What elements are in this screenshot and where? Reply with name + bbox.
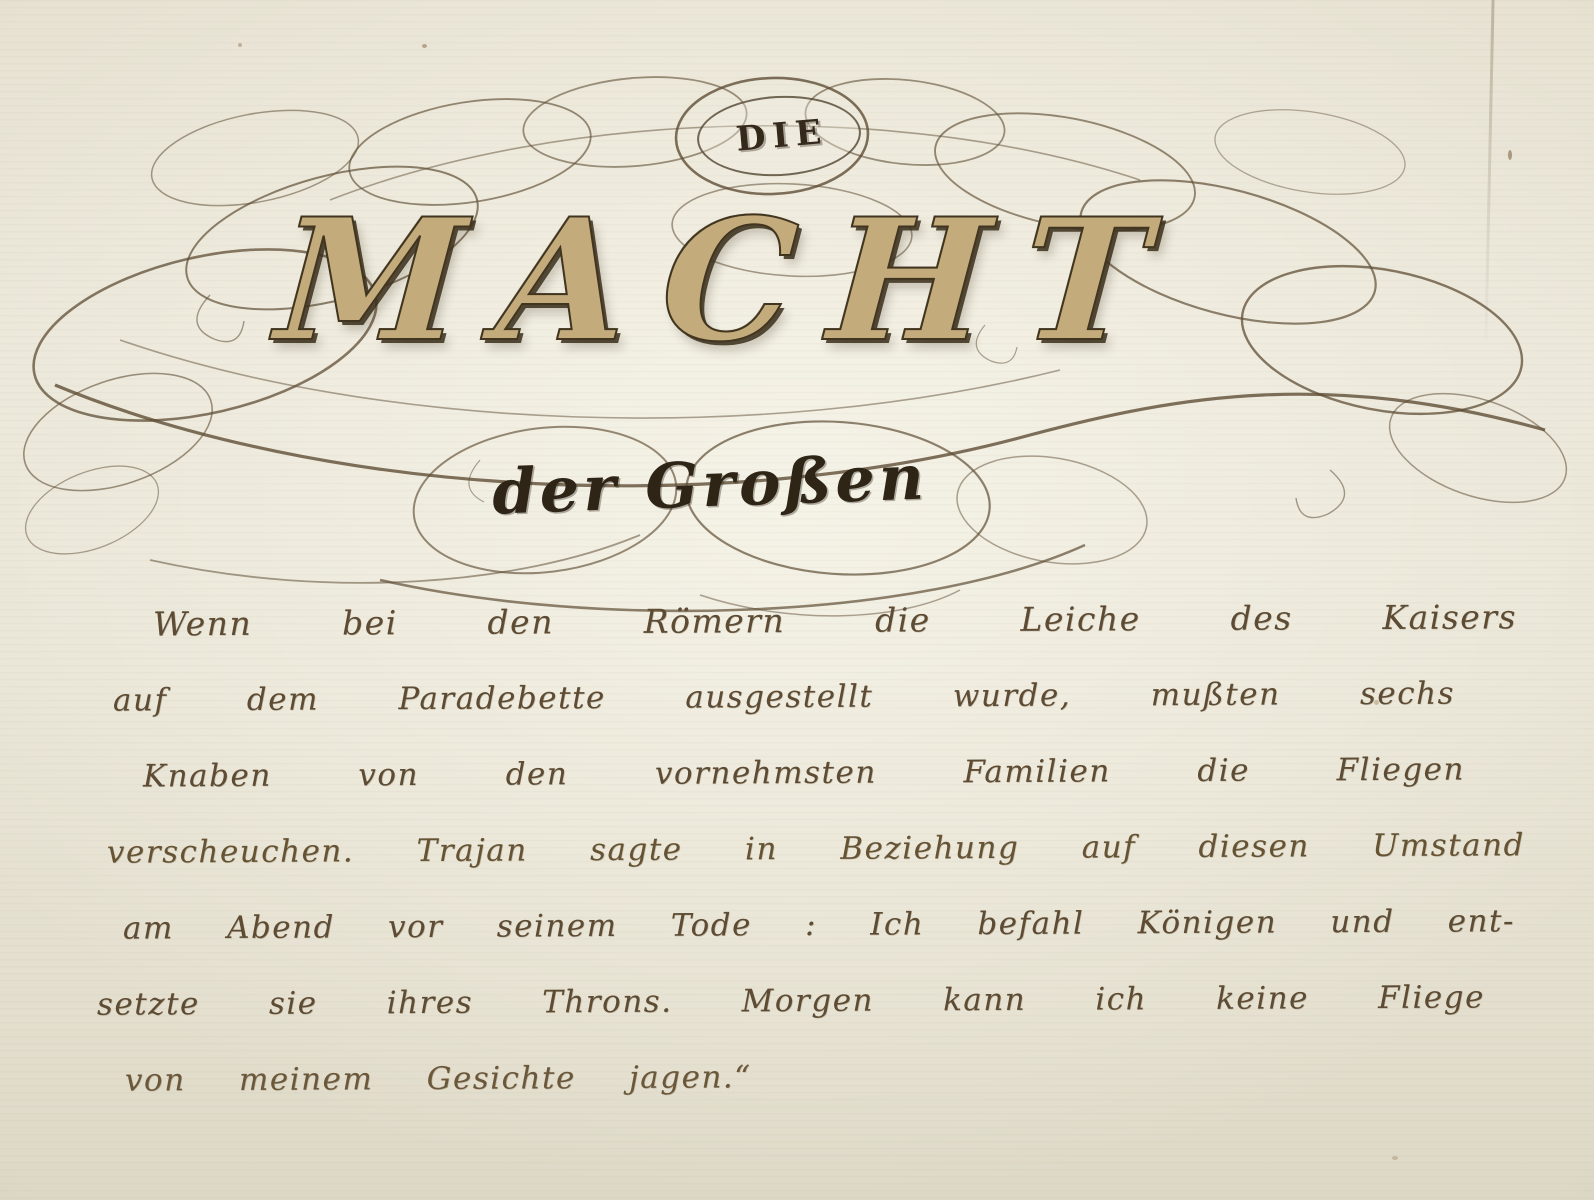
body-word: Throns. xyxy=(542,969,673,1046)
body-word: verscheuchen. xyxy=(107,818,355,895)
foxing-speck xyxy=(1392,1156,1398,1160)
body-word: wurde, xyxy=(953,663,1072,740)
body-word: vornehmsten xyxy=(655,740,877,817)
body-line-7: von meinem Gesichte jagen.“ xyxy=(95,1040,1525,1123)
body-word: die xyxy=(875,587,931,663)
body-word: von xyxy=(358,742,419,818)
body-word: dem xyxy=(247,667,319,743)
body-word: setzte xyxy=(97,971,200,1048)
body-word: bei xyxy=(342,590,398,666)
body-word: sie xyxy=(269,971,318,1047)
body-line-3: KnabenvondenvornehmstenFamiliendieFliege… xyxy=(95,736,1525,819)
body-word: seinem xyxy=(497,893,618,970)
body-word: : xyxy=(805,892,817,968)
body-word: Paradebette xyxy=(398,665,606,742)
title-overline-text: DIE xyxy=(728,112,830,161)
body-word: ausgestellt xyxy=(685,664,873,741)
body-word: Königen xyxy=(1137,890,1277,967)
body-line-2: aufdemParadebetteausgestelltwurde,mußten… xyxy=(95,660,1525,743)
body-word: ihres xyxy=(386,970,473,1046)
foxing-speck xyxy=(238,43,242,47)
body-word: Fliegen xyxy=(1336,737,1465,814)
body-word: vor xyxy=(388,894,444,970)
foxing-speck xyxy=(422,44,427,48)
body-word: keine xyxy=(1216,965,1309,1041)
body-word: mußten xyxy=(1150,662,1280,739)
body-word: diesen xyxy=(1198,813,1310,890)
body-word: Knaben xyxy=(143,743,272,820)
body-word: Tode xyxy=(671,892,753,968)
body-line-4: verscheuchen.TrajansagteinBeziehungaufdi… xyxy=(95,812,1525,895)
body-word: in xyxy=(745,816,778,892)
body-word: des xyxy=(1230,585,1292,661)
body-word: Trajan xyxy=(416,817,527,894)
body-word: auf xyxy=(1082,814,1137,890)
body-word: die xyxy=(1197,738,1250,814)
body-word: am xyxy=(123,895,174,971)
body-line-6: setztesieihresThrons.MorgenkannichkeineF… xyxy=(95,964,1525,1047)
body-word: den xyxy=(487,589,554,665)
body-word: auf xyxy=(113,667,168,743)
title-main-text: MACHT xyxy=(0,196,1466,364)
body-word: Morgen xyxy=(741,968,874,1045)
body-word: Kaisers xyxy=(1382,584,1517,661)
body-line-1: WennbeidenRömerndieLeichedesKaisers xyxy=(95,584,1525,667)
body-line-5: amAbendvorseinemTode:IchbefahlKönigenund… xyxy=(95,888,1525,971)
body-word: Fliege xyxy=(1378,964,1485,1041)
body-word: ich xyxy=(1095,966,1147,1042)
body-word: sechs xyxy=(1360,661,1455,737)
body-word: Wenn xyxy=(153,591,253,668)
body-word: kann xyxy=(943,967,1027,1043)
body-word: Abend xyxy=(227,894,335,971)
body-word: Ich xyxy=(870,891,924,967)
body-word: Beziehung xyxy=(840,815,1019,892)
handwritten-body: WennbeidenRömerndieLeichedesKaisers aufd… xyxy=(95,588,1525,1120)
body-word: den xyxy=(505,741,568,817)
manuscript-page: DIE MACHT der Großen WennbeidenRömerndie… xyxy=(0,0,1594,1200)
foxing-speck xyxy=(1508,150,1512,160)
body-word: und xyxy=(1330,889,1395,965)
body-word: Umstand xyxy=(1372,812,1525,889)
body-word: ent- xyxy=(1448,888,1516,964)
body-word: Leiche xyxy=(1020,586,1141,663)
body-word: sagte xyxy=(590,817,683,893)
body-word: befahl xyxy=(977,891,1084,968)
body-word: Römern xyxy=(644,588,786,665)
body-word: Familien xyxy=(963,738,1111,815)
